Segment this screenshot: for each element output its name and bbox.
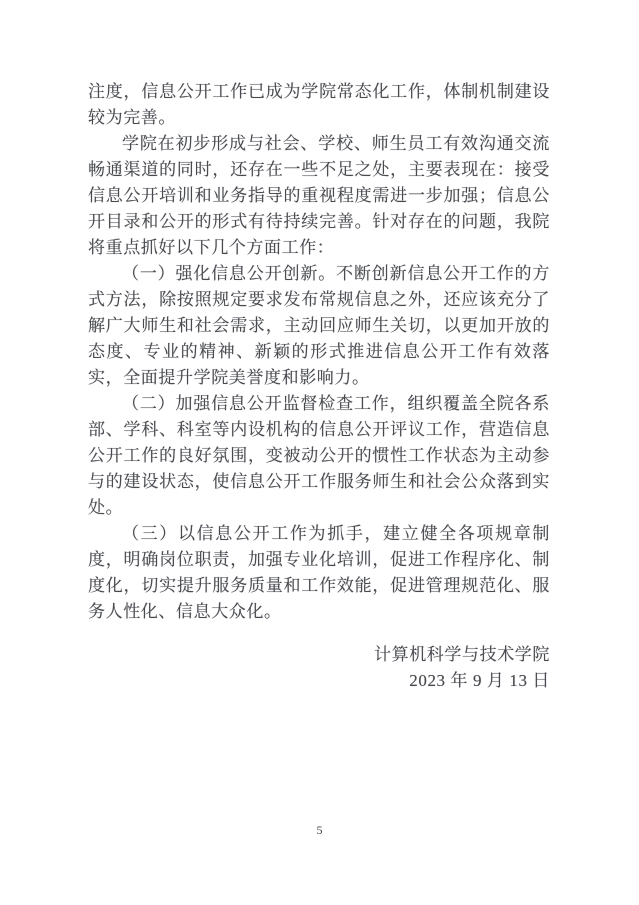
signature-date: 2023 年 9 月 13 日: [88, 668, 550, 694]
body-paragraph: 学院在初步形成与社会、学校、师生员工有效沟通交流畅通渠道的同时，还存在一些不足之…: [88, 131, 550, 261]
document-body: 注度，信息公开工作已成为学院常态化工作，体制机制建设较为完善。 学院在初步形成与…: [88, 79, 550, 694]
page-number: 5: [0, 822, 639, 838]
body-paragraph: 注度，信息公开工作已成为学院常态化工作，体制机制建设较为完善。: [88, 79, 550, 131]
body-paragraph: （三）以信息公开工作为抓手，建立健全各项规章制度，明确岗位职责，加强专业化培训，…: [88, 521, 550, 625]
body-paragraph: （一）强化信息公开创新。不断创新信息公开工作的方式方法，除按照规定要求发布常规信…: [88, 261, 550, 391]
signature-block: 计算机科学与技术学院 2023 年 9 月 13 日: [88, 642, 550, 694]
scanned-document-page: 注度，信息公开工作已成为学院常态化工作，体制机制建设较为完善。 学院在初步形成与…: [0, 0, 639, 905]
signature-unit-name: 计算机科学与技术学院: [88, 642, 550, 668]
body-paragraph: （二）加强信息公开监督检查工作，组织覆盖全院各系部、学科、科室等内设机构的信息公…: [88, 391, 550, 521]
